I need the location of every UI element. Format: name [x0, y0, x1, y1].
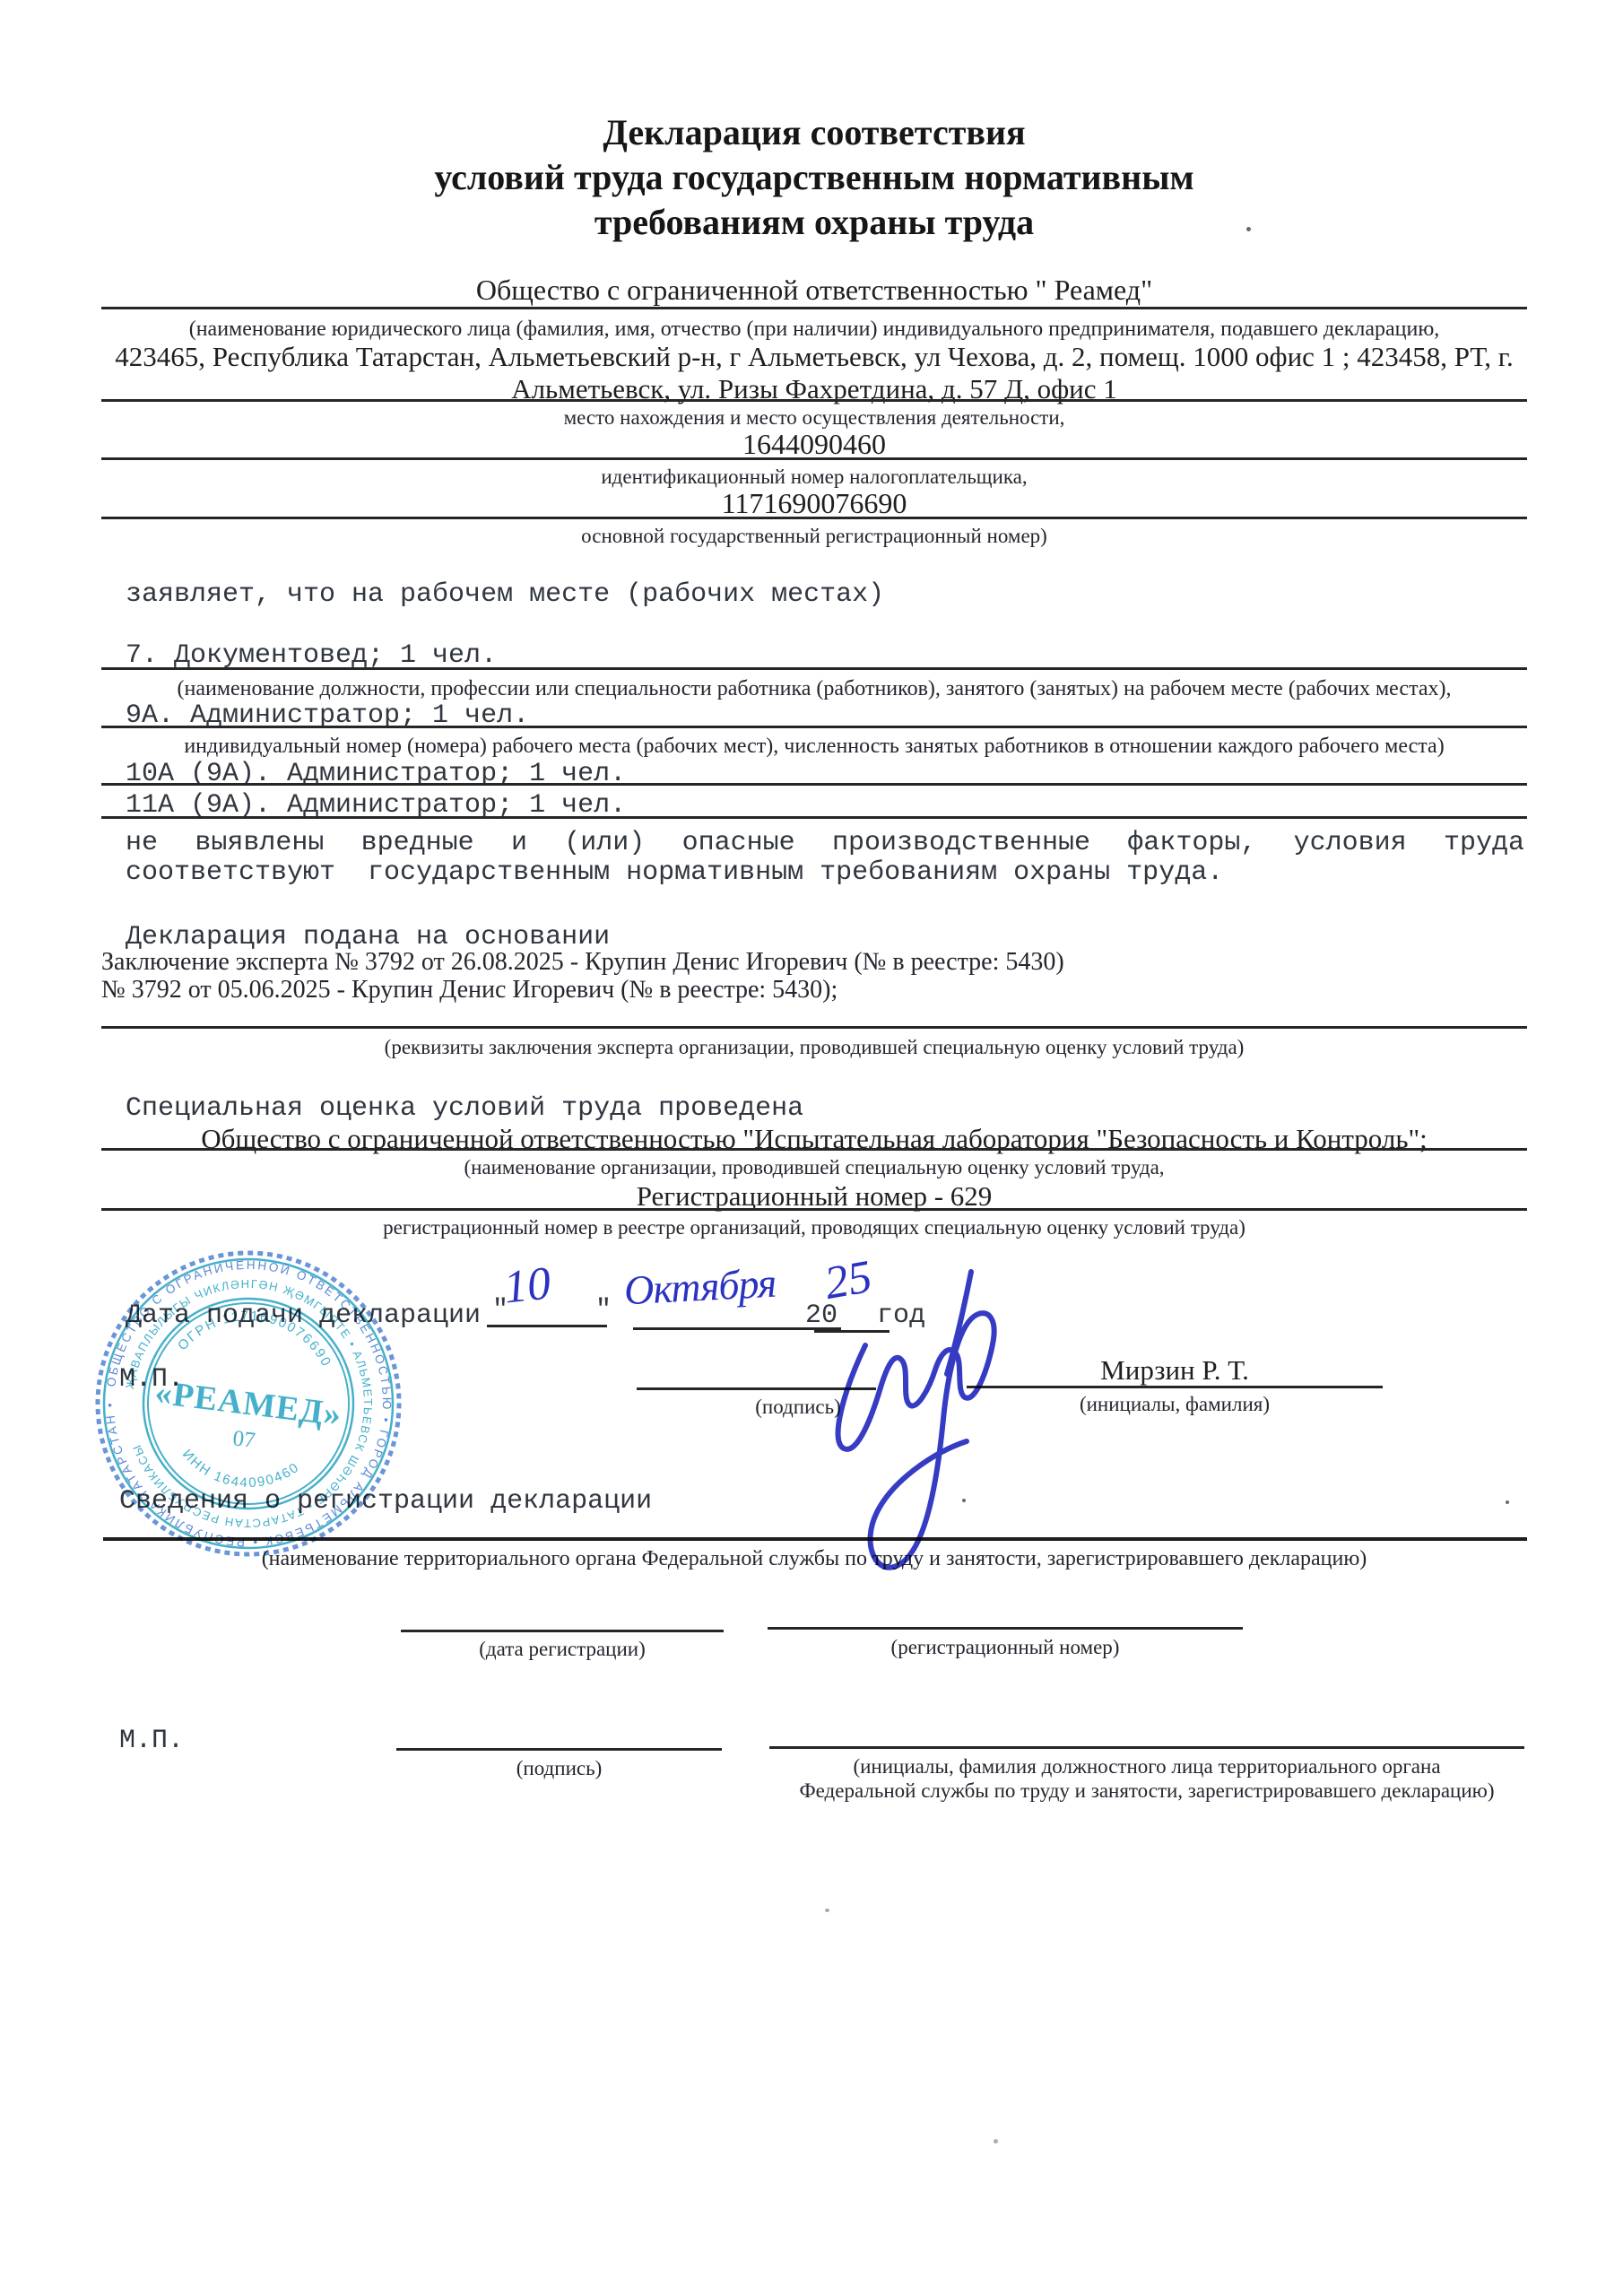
official-caption-line1: (инициалы, фамилия должностного лица тер… — [769, 1755, 1524, 1779]
handwritten-month: Октября — [623, 1259, 777, 1315]
official-signature-caption: (подпись) — [396, 1757, 722, 1780]
company-round-stamp: ОБЩЕСТВО С ОГРАНИЧЕННОЙ ОТВЕТСТВЕННОСТЬЮ… — [68, 1223, 428, 1583]
scan-speck — [994, 2139, 998, 2144]
sout-caption: (наименование организации, проводившей с… — [101, 1156, 1527, 1179]
divider-line — [101, 1026, 1527, 1029]
stamp-place-label-2: М.П. — [119, 1726, 184, 1756]
official-name-line — [769, 1746, 1524, 1749]
divider-line — [101, 783, 1527, 786]
document-title-line2: условий труда государственным нормативны… — [101, 158, 1527, 197]
basis-expert-line2: № 3792 от 05.06.2025 - Крупин Денис Игор… — [101, 976, 838, 1004]
scan-speck — [1506, 1500, 1509, 1504]
workplace-caption-2: индивидуальный номер (номера) рабочего м… — [101, 735, 1527, 759]
sout-reg-caption: регистрационный номер в реестре организа… — [101, 1216, 1527, 1239]
workplace-caption-1: (наименование должности, профессии или с… — [101, 677, 1527, 701]
divider-line — [101, 457, 1527, 460]
divider-line — [101, 726, 1527, 728]
scanned-declaration-document: Декларация соответствия условий труда го… — [0, 0, 1623, 2296]
scan-speck — [1246, 227, 1251, 231]
divider-line — [101, 1208, 1527, 1211]
quote-close: " — [595, 1295, 612, 1326]
address-caption: место нахождения и место осуществления д… — [101, 406, 1527, 430]
divider-line — [101, 307, 1527, 309]
official-caption-line2: Федеральной службы по труду и занятости,… — [769, 1779, 1524, 1803]
divider-line — [101, 399, 1527, 402]
date-day-underline — [487, 1325, 607, 1327]
handwritten-signature — [758, 1256, 1098, 1596]
scan-speck — [825, 1909, 829, 1912]
document-title-line1: Декларация соответствия — [101, 113, 1527, 152]
document-title-line3: требованиям охраны труда — [101, 203, 1527, 242]
sout-registration-number: Регистрационный номер - 629 — [101, 1180, 1527, 1212]
registration-number-caption: (регистрационный номер) — [768, 1636, 1243, 1659]
registration-number-line — [768, 1627, 1243, 1630]
basis-caption: (реквизиты заключения эксперта организац… — [101, 1036, 1527, 1059]
handwritten-day: 10 — [501, 1257, 553, 1314]
stamp-company-name: «РЕАМЕД» — [153, 1373, 344, 1433]
official-signature-line — [396, 1748, 722, 1751]
basis-expert-line1: Заключение эксперта № 3792 от 26.08.2025… — [101, 948, 1064, 977]
result-statement-line2: соответствуют государственным нормативны… — [126, 857, 1223, 888]
divider-line — [101, 1148, 1527, 1151]
declaration-statement: заявляет, что на рабочем месте (рабочих … — [126, 579, 884, 610]
divider-line — [101, 517, 1527, 519]
divider-line — [101, 667, 1527, 670]
stamp-number: 07 — [231, 1426, 256, 1453]
registration-date-line — [401, 1630, 724, 1632]
registration-date-caption: (дата регистрации) — [401, 1638, 724, 1661]
divider-line — [101, 816, 1527, 819]
address-line1: 423465, Республика Татарстан, Альметьевс… — [101, 341, 1527, 372]
ogrn-caption: основной государственный регистрационный… — [101, 525, 1527, 548]
organization-name-caption: (наименование юридического лица (фамилия… — [101, 317, 1527, 342]
inn-caption: идентификационный номер налогоплательщик… — [101, 465, 1527, 489]
ogrn-value: 1171690076690 — [101, 487, 1527, 519]
organization-name: Общество с ограниченной ответственностью… — [101, 274, 1527, 306]
workplace-entry-1: 7. Документовед; 1 чел. — [126, 640, 497, 671]
result-statement-line1: не выявлены вредные и (или) опасные прои… — [126, 828, 1524, 858]
inn-value: 1644090460 — [101, 428, 1527, 460]
sout-title: Специальная оценка условий труда проведе… — [126, 1093, 803, 1124]
